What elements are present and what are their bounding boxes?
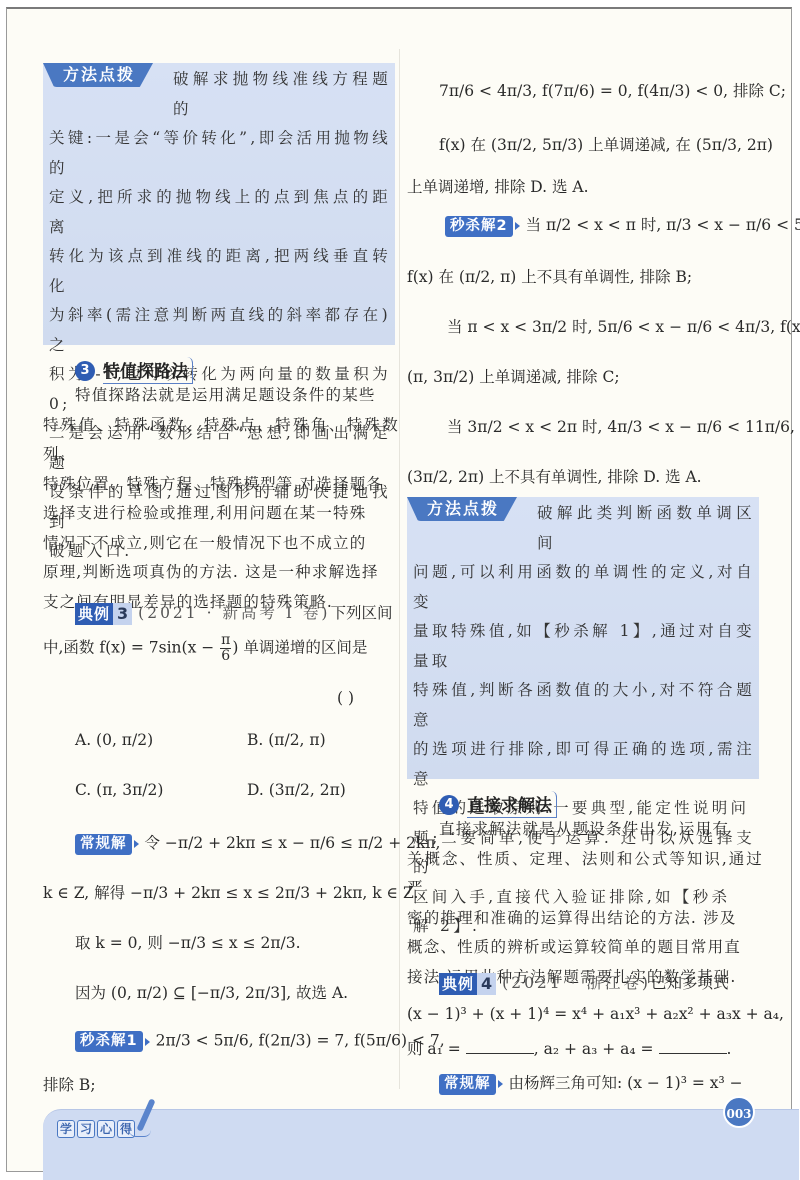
example3-header: 典例3(2021 · 新高考 I 卷)下列区间: [75, 601, 392, 625]
quick-solution2-line6: (3π/2, 2π) 上不具有单调性, 排除 D. 选 A.: [407, 465, 702, 487]
regular-solution-line2: k ∈ Z, 解得 −π/3 + 2kπ ≤ x ≤ 2π/3 + 2kπ, k…: [43, 881, 418, 903]
column-divider: [399, 49, 400, 1089]
quick-solution2-line3: 当 π < x < 3π/2 时, 5π/6 < x − π/6 < 4π/3,…: [447, 315, 800, 337]
regular-solution-line3: 取 k = 0, 则 −π/3 ≤ x ≤ 2π/3.: [75, 931, 301, 953]
regular-solution-line4: 因为 (0, π/2) ⊆ [−π/3, 2π/3], 故选 A.: [75, 981, 348, 1003]
page-number: 003: [723, 1096, 755, 1128]
study-notes-footer: 学 习 心 得 003: [43, 1109, 799, 1180]
arrow-icon: [145, 1038, 150, 1046]
quick-solution2-badge: 秒杀解2: [445, 216, 513, 237]
example-number: 3: [113, 603, 132, 625]
quick-solution1-line1: 秒杀解12π/3 < 5π/6, f(2π/3) = 7, f(5π/6) < …: [75, 1031, 445, 1052]
quick-solution2-line5: 当 3π/2 < x < 2π 时, 4π/3 < x − π/6 < 11π/…: [447, 415, 800, 437]
quick-solution1-badge: 秒杀解1: [75, 1031, 143, 1052]
section-heading-4: 4 直接求解法: [439, 791, 557, 818]
section3-paragraph: 特值探路法就是运用满足题设条件的某些 特殊值、特殊函数、特殊点、特殊角、特殊数列…: [43, 381, 399, 617]
example3-question: 中,函数 f(x) = 7sin(x − π6) 单调递增的区间是: [43, 633, 367, 664]
section-title: 特值探路法: [103, 357, 193, 384]
cont-line2: f(x) 在 (3π/2, 5π/3) 上单调递减, 在 (5π/3, 2π): [439, 133, 773, 155]
method-tip-box-1: 方法点拨 破解求抛物线准线方程题的 关键:一是会“等价转化”,即会活用抛物线的 …: [43, 63, 395, 345]
section-heading-3: 3 特值探路法: [75, 357, 193, 384]
section4-paragraph: 直接求解法就是从题设条件出发,运用有 关概念、性质、定理、法则和公式等知识,通过…: [407, 815, 763, 992]
option-c: C. (π, 3π/2): [75, 781, 163, 799]
book-page: 方法点拨 破解求抛物线准线方程题的 关键:一是会“等价转化”,即会活用抛物线的 …: [6, 7, 792, 1172]
quick-solution2-line2: f(x) 在 (π/2, π) 上不具有单调性, 排除 B;: [407, 265, 692, 287]
example-number: 4: [477, 973, 496, 995]
section-number-badge: 4: [439, 795, 459, 815]
answer-blank-2[interactable]: [659, 1041, 727, 1054]
arrow-icon: [515, 222, 520, 230]
pen-icon: [136, 1098, 155, 1132]
answer-blank-1[interactable]: [466, 1041, 534, 1054]
answer-paren: ( ): [337, 689, 354, 707]
section-title: 直接求解法: [467, 791, 557, 818]
example-source: (2021 · 新高考 I 卷): [138, 604, 330, 622]
quick-solution2-line4: (π, 3π/2) 上单调递减, 排除 C;: [407, 365, 620, 387]
option-d: D. (3π/2, 2π): [247, 781, 346, 799]
quick-solution1-line2: 排除 B;: [43, 1073, 96, 1095]
regular-solution2-line1: 常规解由杨辉三角可知: (x − 1)³ = x³ −: [439, 1071, 743, 1095]
regular-solution-badge: 常规解: [439, 1074, 496, 1095]
fraction: π6: [220, 633, 231, 664]
regular-solution-badge: 常规解: [75, 834, 132, 855]
arrow-icon: [134, 840, 139, 848]
option-a: A. (0, π/2): [75, 731, 153, 749]
arrow-icon: [498, 1080, 503, 1088]
cont-line1: 7π/6 < 4π/3, f(7π/6) = 0, f(4π/3) < 0, 排…: [439, 79, 786, 101]
quick-solution2-line1: 秒杀解2当 π/2 < x < π 时, π/3 < x − π/6 < 5π/…: [445, 213, 800, 237]
study-notes-label: 学 习 心 得: [57, 1120, 135, 1138]
section-number-badge: 3: [75, 361, 95, 381]
example-badge: 典例: [439, 973, 477, 995]
example-source: (2021 · 浙江卷): [502, 974, 651, 992]
cont-line3: 上单调递增, 排除 D. 选 A.: [407, 175, 589, 197]
option-b: B. (π/2, π): [247, 731, 326, 749]
example4-header: 典例4(2021 · 浙江卷)已知多项式: [439, 971, 729, 995]
example-badge: 典例: [75, 603, 113, 625]
example4-equation: (x − 1)³ + (x + 1)⁴ = x⁴ + a₁x³ + a₂x² +…: [407, 1005, 784, 1023]
regular-solution-line1: 常规解令 −π/2 + 2kπ ≤ x − π/6 ≤ π/2 + 2kπ,: [75, 831, 440, 855]
example4-blanks: 则 a₁ = , a₂ + a₃ + a₄ = .: [407, 1037, 731, 1059]
method-tip-box-2: 方法点拨 破解此类判断函数单调区间 问题,可以利用函数的单调性的定义,对自变 量…: [407, 497, 759, 779]
